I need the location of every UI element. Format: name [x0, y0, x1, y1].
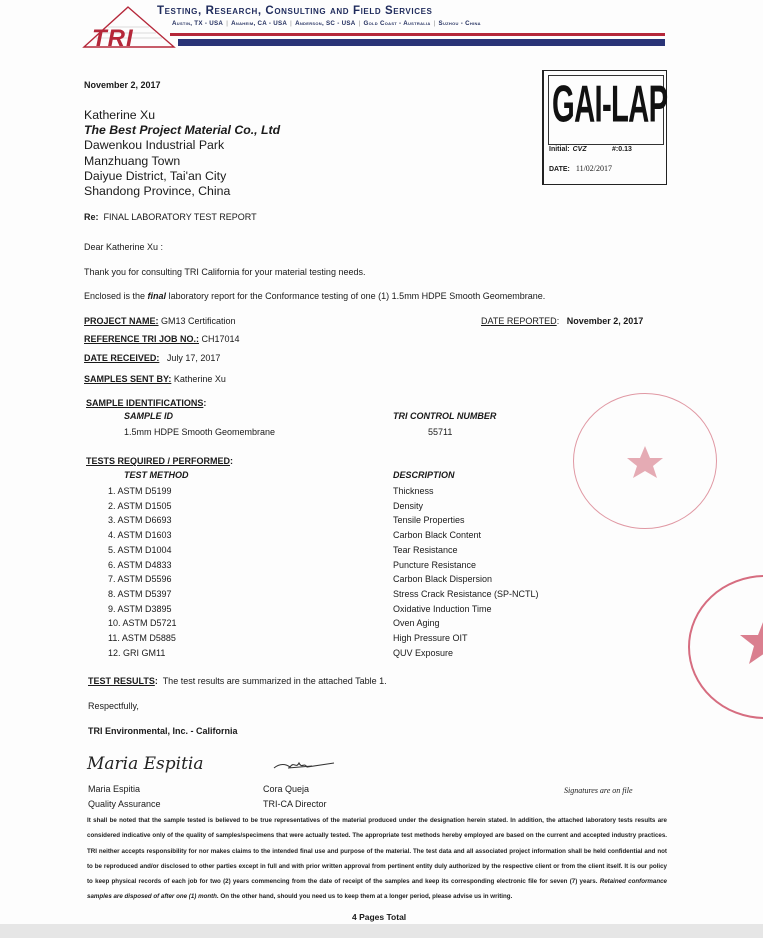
organization-name: TRI Environmental, Inc. - California — [88, 726, 238, 736]
location-item: Anderson, SC - USA — [295, 20, 355, 27]
letterhead-stripe-red — [170, 33, 665, 36]
letterhead-stripe-navy — [178, 39, 665, 46]
gai-lap-logo: GAI-LAP — [552, 76, 667, 135]
seal-star-icon — [690, 577, 763, 717]
test-description: Stress Crack Resistance (SP-NCTL) — [393, 589, 539, 599]
test-method: 2. ASTM D1505 — [108, 501, 172, 511]
test-description: High Pressure OIT — [393, 633, 468, 643]
enclosure-paragraph: Enclosed is the final laboratory report … — [84, 291, 545, 301]
sample-id-column-header: SAMPLE ID — [124, 411, 173, 421]
address-line: Manzhuang Town — [84, 154, 280, 169]
recipient-address: Katherine Xu The Best Project Material C… — [84, 108, 280, 199]
document-page: TRI Testing, Research, Consulting and Fi… — [0, 0, 763, 924]
address-line: Daiyue District, Tai'an City — [84, 169, 280, 184]
test-method: 5. ASTM D1004 — [108, 545, 172, 555]
stamp-initial: Initial:CVZ — [549, 146, 587, 153]
test-method: 6. ASTM D4833 — [108, 560, 172, 570]
valediction: Respectfully, — [88, 701, 139, 711]
test-method-column-header: TEST METHOD — [124, 470, 189, 480]
test-results-line: TEST RESULTS: The test results are summa… — [88, 676, 387, 686]
sample-id-value: 1.5mm HDPE Smooth Geomembrane — [124, 427, 275, 437]
test-method: 8. ASTM D5397 — [108, 589, 172, 599]
location-item: Gold Coast - Australia — [363, 20, 430, 27]
seal-star-icon — [574, 394, 716, 528]
description-column-header: DESCRIPTION — [393, 470, 455, 480]
test-description: Tear Resistance — [393, 545, 458, 555]
company-seal — [573, 393, 717, 529]
samples-sent-by-field: SAMPLES SENT BY: Katherine Xu — [84, 374, 226, 384]
test-description: Carbon Black Dispersion — [393, 574, 492, 584]
stamp-date: DATE:11/02/2017 — [549, 164, 612, 173]
test-description: Tensile Properties — [393, 515, 465, 525]
test-method: 11. ASTM D5885 — [108, 633, 176, 643]
control-number-value: 55711 — [428, 427, 452, 437]
pages-total: 4 Pages Total — [352, 912, 406, 922]
tests-heading: TESTS REQUIRED / PERFORMED: — [86, 456, 233, 466]
test-description: Carbon Black Content — [393, 530, 481, 540]
letter-date: November 2, 2017 — [84, 80, 161, 90]
control-number-column-header: TRI CONTROL NUMBER — [393, 411, 496, 421]
date-reported-field: DATE REPORTED: November 2, 2017 — [481, 316, 643, 326]
signature-cora-queja — [272, 757, 352, 773]
project-name-field: PROJECT NAME: GM13 Certification — [84, 316, 236, 326]
test-description: Oxidative Induction Time — [393, 604, 492, 614]
test-description: Oven Aging — [393, 618, 440, 628]
svg-text:TRI: TRI — [92, 25, 134, 48]
signatures-on-file-note: Signatures are on file — [564, 786, 633, 795]
letterhead-tagline: Testing, Research, Consulting and Field … — [157, 5, 432, 17]
test-method: 4. ASTM D1603 — [108, 530, 172, 540]
signatory-2-name: Cora Queja — [263, 784, 309, 794]
subject-line: Re: FINAL LABORATORY TEST REPORT — [84, 212, 257, 222]
test-description: Density — [393, 501, 423, 511]
test-method: 9. ASTM D3895 — [108, 604, 172, 614]
intro-paragraph: Thank you for consulting TRI California … — [84, 267, 365, 277]
recipient-name: Katherine Xu — [84, 108, 280, 123]
signatory-2-title: TRI-CA Director — [263, 799, 327, 809]
stamp-number: #:0.13 — [612, 146, 632, 153]
job-number-field: REFERENCE TRI JOB NO.: CH17014 — [84, 334, 240, 344]
address-line: Shandong Province, China — [84, 184, 280, 199]
letterhead-locations: Austin, TX - USA|Anaheim, CA - USA|Ander… — [172, 20, 481, 27]
signatory-1-title: Quality Assurance — [88, 799, 161, 809]
signatory-1-name: Maria Espitia — [88, 784, 140, 794]
test-method: 1. ASTM D5199 — [108, 486, 172, 496]
test-method: 3. ASTM D6693 — [108, 515, 172, 525]
company-seal-partial — [688, 575, 763, 719]
recipient-company: The Best Project Material Co., Ltd — [84, 123, 280, 138]
signature-maria-espitia: Maria Espitia — [87, 754, 204, 774]
test-description: QUV Exposure — [393, 648, 453, 658]
test-description: Thickness — [393, 486, 434, 496]
location-item: Austin, TX - USA — [172, 20, 223, 27]
address-line: Dawenkou Industrial Park — [84, 138, 280, 153]
date-received-field: DATE RECEIVED: July 17, 2017 — [84, 353, 220, 363]
salutation: Dear Katherine Xu : — [84, 242, 163, 252]
sample-identifications-heading: SAMPLE IDENTIFICATIONS: — [86, 398, 206, 408]
test-description: Puncture Resistance — [393, 560, 476, 570]
test-method: 12. GRI GM11 — [108, 648, 165, 658]
disclaimer-paragraph: It shall be noted that the sample tested… — [87, 813, 667, 905]
test-method: 10. ASTM D5721 — [108, 618, 177, 628]
location-item: Anaheim, CA - USA — [231, 20, 287, 27]
location-item: Suzhou - China — [439, 20, 481, 27]
test-method: 7. ASTM D5596 — [108, 574, 172, 584]
